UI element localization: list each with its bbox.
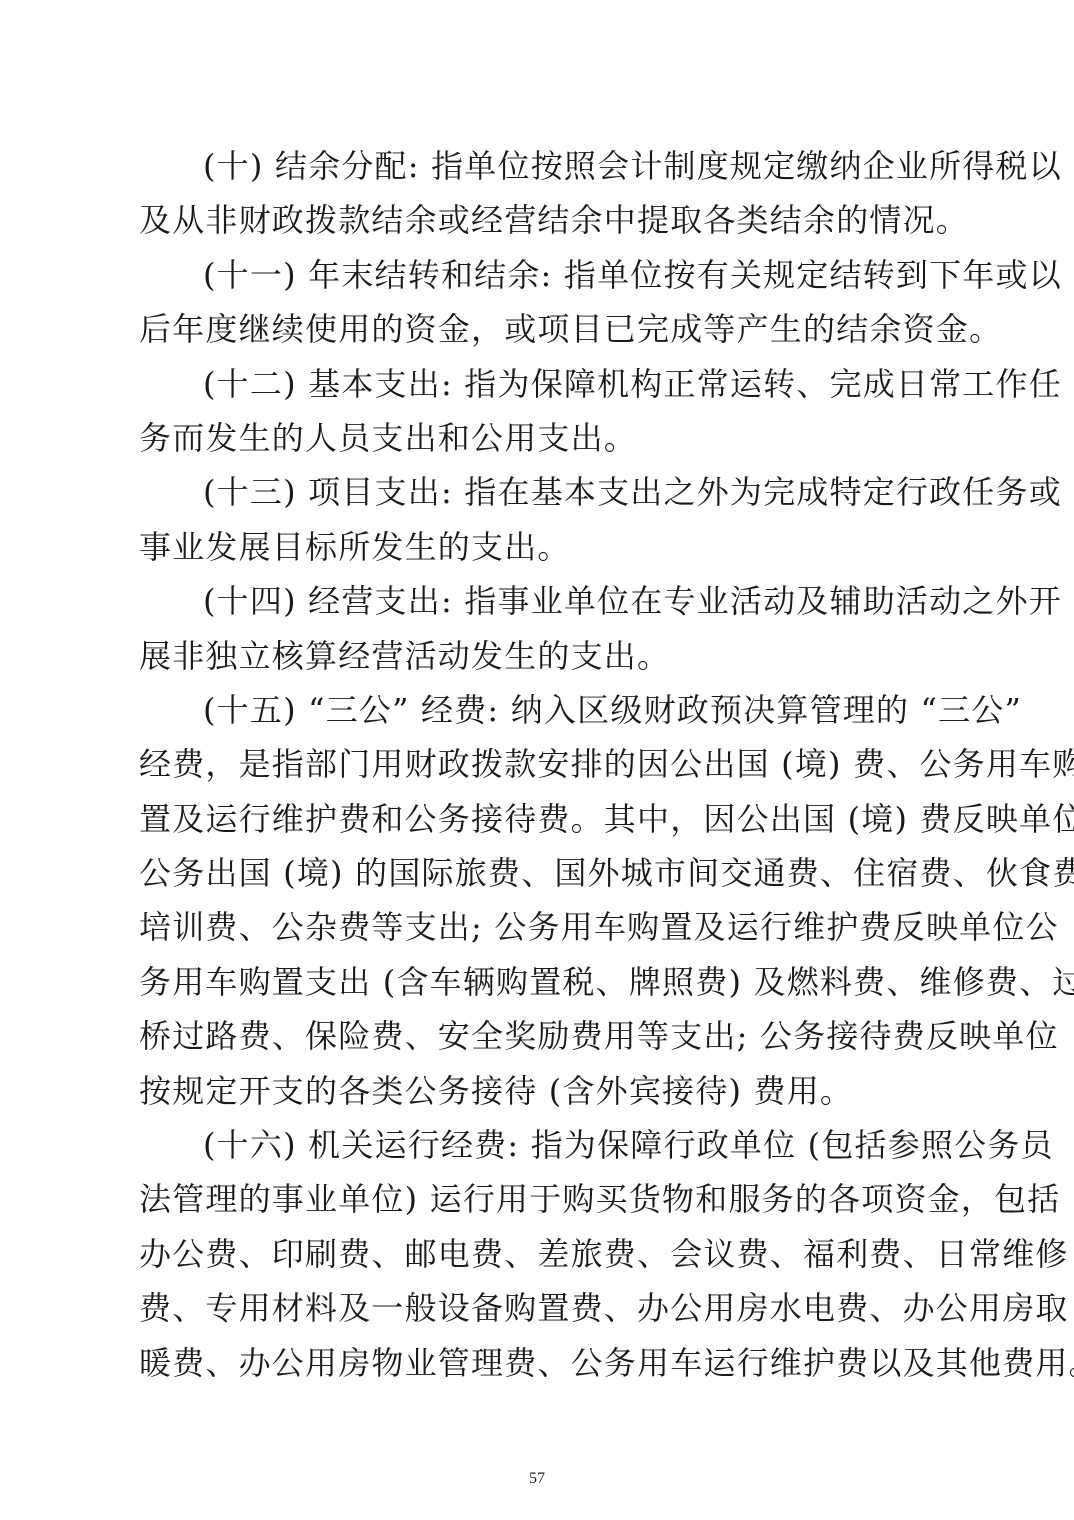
text-line: 公务出国 (境) 的国际旅费、国外城市间交通费、住宿费、伙食费、 xyxy=(139,846,939,900)
paragraph-item-13: (十三) 项目支出: 指在基本支出之外为完成特定行政任务或 事业发展目标所发生的… xyxy=(139,465,939,574)
text-line: 经费，是指部门用财政拨款安排的因公出国 (境) 费、公务用车购 xyxy=(139,737,939,791)
text-line: 务而发生的人员支出和公用支出。 xyxy=(139,411,939,465)
text-line: 桥过路费、保险费、安全奖励费用等支出; 公务接待费反映单位 xyxy=(139,1009,939,1063)
text-line: 及从非财政拨款结余或经营结余中提取各类结余的情况。 xyxy=(139,193,939,247)
text-line: 费、专用材料及一般设备购置费、办公用房水电费、办公用房取 xyxy=(139,1281,939,1335)
text-line: 按规定开支的各类公务接待 (含外宾接待) 费用。 xyxy=(139,1064,939,1118)
paragraph-item-11: (十一) 年末结转和结余: 指单位按有关规定结转到下年或以 后年度继续使用的资金… xyxy=(139,248,939,357)
text-line: (十六) 机关运行经费: 指为保障行政单位 (包括参照公务员 xyxy=(139,1118,939,1172)
text-line: 暖费、办公用房物业管理费、公务用车运行维护费以及其他费用。 xyxy=(139,1336,939,1390)
text-line: 务用车购置支出 (含车辆购置税、牌照费) 及燃料费、维修费、过 xyxy=(139,955,939,1009)
paragraph-item-10: (十) 结余分配: 指单位按照会计制度规定缴纳企业所得税以 及从非财政拨款结余或… xyxy=(139,139,939,248)
paragraph-item-12: (十二) 基本支出: 指为保障机构正常运转、完成日常工作任 务而发生的人员支出和… xyxy=(139,357,939,466)
text-line: (十二) 基本支出: 指为保障机构正常运转、完成日常工作任 xyxy=(139,357,939,411)
text-line: (十一) 年末结转和结余: 指单位按有关规定结转到下年或以 xyxy=(139,248,939,302)
text-line: (十四) 经营支出: 指事业单位在专业活动及辅助活动之外开 xyxy=(139,574,939,628)
text-line: 展非独立核算经营活动发生的支出。 xyxy=(139,629,939,683)
text-line: 置及运行维护费和公务接待费。其中，因公出国 (境) 费反映单位 xyxy=(139,792,939,846)
text-line: (十) 结余分配: 指单位按照会计制度规定缴纳企业所得税以 xyxy=(139,139,939,193)
text-line: (十五) “三公” 经费: 纳入区级财政预决算管理的 “三公” xyxy=(139,683,939,737)
text-line: 培训费、公杂费等支出; 公务用车购置及运行维护费反映单位公 xyxy=(139,900,939,954)
body-text: (十) 结余分配: 指单位按照会计制度规定缴纳企业所得税以 及从非财政拨款结余或… xyxy=(139,139,939,1390)
text-line: 后年度继续使用的资金，或项目已完成等产生的结余资金。 xyxy=(139,302,939,356)
text-line: 事业发展目标所发生的支出。 xyxy=(139,520,939,574)
text-line: 法管理的事业单位) 运行用于购买货物和服务的各项资金，包括 xyxy=(139,1172,939,1226)
document-page: (十) 结余分配: 指单位按照会计制度规定缴纳企业所得税以 及从非财政拨款结余或… xyxy=(0,0,1074,1520)
text-line: (十三) 项目支出: 指在基本支出之外为完成特定行政任务或 xyxy=(139,465,939,519)
text-line: 办公费、印刷费、邮电费、差旅费、会议费、福利费、日常维修 xyxy=(139,1227,939,1281)
paragraph-item-15: (十五) “三公” 经费: 纳入区级财政预决算管理的 “三公” 经费，是指部门用… xyxy=(139,683,939,1118)
page-number: 57 xyxy=(0,1470,1074,1488)
paragraph-item-14: (十四) 经营支出: 指事业单位在专业活动及辅助活动之外开 展非独立核算经营活动… xyxy=(139,574,939,683)
paragraph-item-16: (十六) 机关运行经费: 指为保障行政单位 (包括参照公务员 法管理的事业单位)… xyxy=(139,1118,939,1390)
